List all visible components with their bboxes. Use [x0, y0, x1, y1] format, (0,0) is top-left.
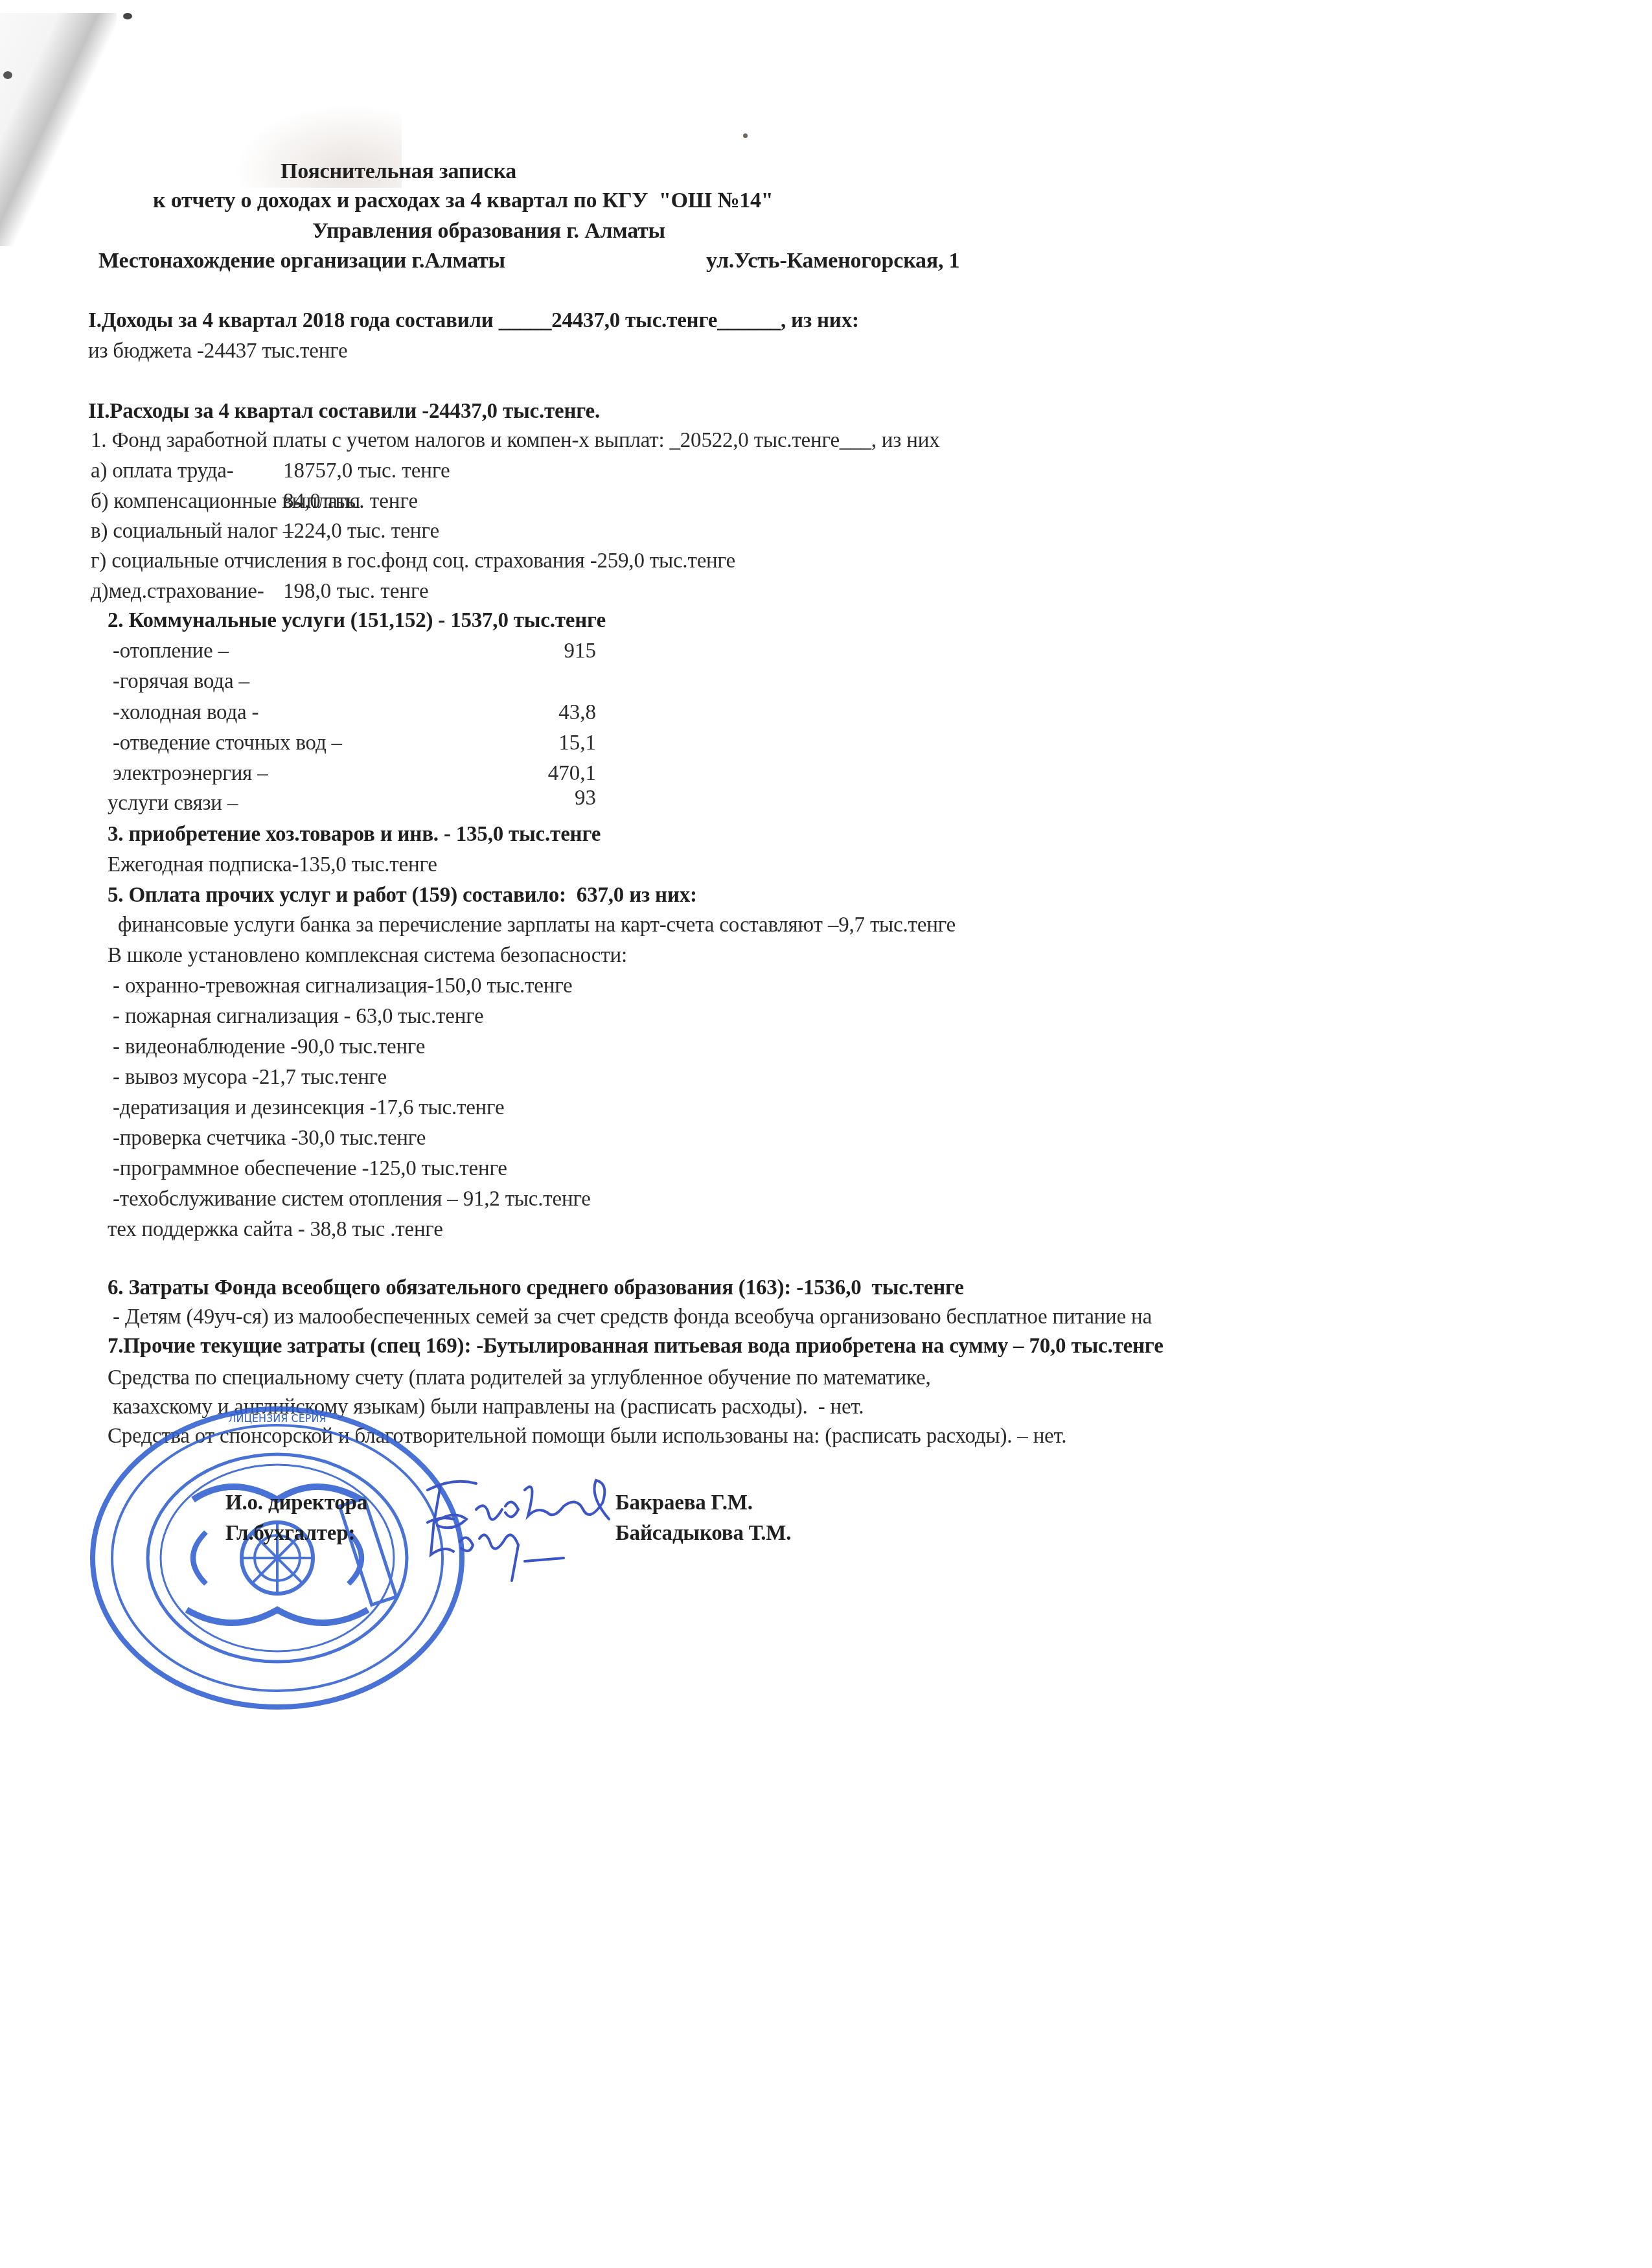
location-address: ул.Усть-Каменогорская, 1 [706, 248, 959, 274]
utility-item-value: 915 [525, 638, 596, 664]
utility-item-value: 43,8 [525, 700, 596, 726]
other-services-heading: 5. Оплата прочих услуг и работ (159) сос… [108, 882, 697, 908]
security-intro: В школе установлено комплексная система … [108, 943, 627, 968]
location-label: Местонахождение организации г.Алматы [98, 248, 505, 274]
scan-fold-artifact [0, 13, 117, 246]
payroll-item-label: г) социальные отчисления в гос.фонд соц.… [91, 548, 735, 574]
scan-speck [3, 71, 12, 79]
payroll-item-value: 1224,0 тыс. тенге [283, 518, 439, 544]
payroll-heading: 1. Фонд заработной платы с учетом налого… [91, 428, 939, 453]
utility-item-label: -холодная вода - [108, 700, 258, 726]
utility-item-label: услуги связи – [108, 790, 238, 816]
expenses-heading: II.Расходы за 4 квартал составили -24437… [88, 398, 600, 424]
security-item: -дератизация и дезинсекция -17,6 тыс.тен… [108, 1095, 504, 1121]
document-title: Пояснительная записка [281, 159, 516, 185]
fund-detail: - Детям (49уч-ся) из малообеспеченных се… [108, 1304, 1152, 1330]
accountant-signature [415, 1509, 583, 1594]
goods-detail: Ежегодная подписка-135,0 тыс.тенге [108, 852, 437, 878]
payroll-item-label: в) социальный налог – [91, 518, 293, 544]
utility-item-label: электроэнергия – [108, 761, 268, 786]
income-heading: I.Доходы за 4 квартал 2018 года составил… [88, 308, 859, 334]
payroll-item-label: а) оплата труда- [91, 458, 234, 484]
utility-item-label: -горячая вода – [108, 669, 249, 694]
security-item: -техобслуживание систем отопления – 91,2… [108, 1186, 591, 1212]
fund-heading: 6. Затраты Фонда всеобщего обязательного… [108, 1275, 964, 1301]
utility-item-value: 93 [525, 785, 596, 811]
payroll-item-value: 18757,0 тыс. тенге [283, 458, 450, 484]
utility-item-value: 470,1 [525, 761, 596, 786]
security-item: - пожарная сигнализация - 63,0 тыс.тенге [108, 1003, 484, 1029]
department-line: Управления образования г. Алматы [312, 218, 665, 244]
accountant-title: Гл.бухгалтер: [225, 1520, 355, 1546]
utility-item-label: -отведение сточных вод – [108, 730, 342, 756]
scan-speck [743, 133, 748, 138]
security-item: - охранно-тревожная сигнализация-150,0 т… [108, 973, 573, 999]
current-costs-heading: 7.Прочие текущие затраты (спец 169): -Бу… [108, 1333, 1164, 1359]
official-seal-stamp: ЛИЦЕНЗИЯ СЕРИЯ [83, 1403, 472, 1713]
utility-item-label: -отопление – [108, 638, 229, 664]
scan-speck [123, 13, 132, 19]
utilities-heading: 2. Коммунальные услуги (151,152) - 1537,… [108, 608, 606, 634]
svg-text:ЛИЦЕНЗИЯ СЕРИЯ: ЛИЦЕНЗИЯ СЕРИЯ [228, 1412, 326, 1425]
payroll-item-label: д)мед.страхование- [91, 578, 264, 604]
security-item: - вывоз мусора -21,7 тыс.тенге [108, 1064, 387, 1090]
security-item: -проверка счетчика -30,0 тыс.тенге [108, 1125, 426, 1151]
goods-heading: 3. приобретение хоз.товаров и инв. - 135… [108, 821, 601, 847]
income-from-budget: из бюджета -24437 тыс.тенге [88, 338, 348, 364]
special-account-line: Средства по специальному счету (плата ро… [108, 1365, 931, 1391]
director-title: И.о. директора [225, 1490, 367, 1516]
document-subtitle: к отчету о доходах и расходах за 4 кварт… [153, 188, 774, 214]
director-name: Бакраева Г.М. [615, 1490, 753, 1516]
security-item: - видеонаблюдение -90,0 тыс.тенге [108, 1034, 425, 1060]
utility-item-value: 15,1 [525, 730, 596, 756]
accountant-name: Байсадыкова Т.М. [615, 1520, 791, 1546]
security-item: тех поддержка сайта - 38,8 тыс .тенге [108, 1217, 443, 1243]
security-item: -программное обеспечение -125,0 тыс.тенг… [108, 1156, 507, 1182]
payroll-item-value: 198,0 тыс. тенге [283, 578, 429, 604]
payroll-item-value: 84,0 тыс. тенге [283, 488, 418, 514]
bank-services-line: финансовые услуги банка за перечисление … [108, 912, 956, 938]
